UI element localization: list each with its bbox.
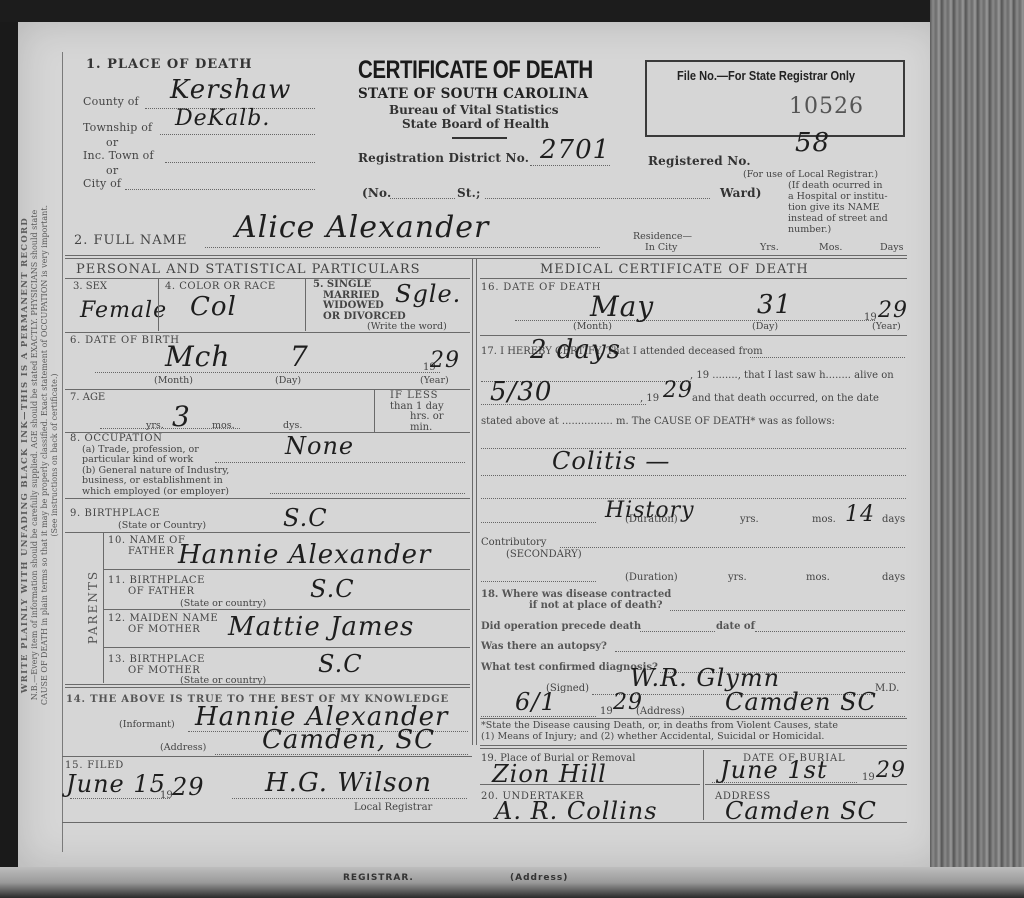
- signed-year-prefix: 19: [600, 706, 613, 717]
- duration-mos: mos.: [812, 514, 836, 525]
- last-seen-value: 5/30: [490, 377, 552, 407]
- inc-town-label: Inc. Town of: [83, 149, 154, 162]
- certificate-title: CERTIFICATE OF DEATH: [358, 56, 593, 85]
- bureau-name: Bureau of Vital Statistics: [389, 103, 559, 117]
- occupation-line: 8. OCCUPATION: [70, 434, 229, 445]
- certify-line-3: and that death occurred, on the date: [692, 393, 879, 404]
- filed-year-prefix: 19: [160, 790, 173, 801]
- age-label: 7. AGE: [70, 392, 105, 403]
- full-name-label: 2. FULL NAME: [74, 233, 187, 248]
- residence-yrs: Yrs.: [760, 242, 779, 253]
- next-page-strip: REGISTRAR. (Address): [0, 867, 1024, 898]
- death-month-value: May: [590, 290, 654, 323]
- dob-month: Mch: [165, 340, 230, 373]
- occupation-label: 8. OCCUPATION (a) Trade, profession, or …: [70, 434, 229, 497]
- occupation-line: particular kind of work: [70, 455, 229, 466]
- township-label: Township of: [83, 121, 152, 134]
- residence-label: Residence—: [633, 231, 692, 242]
- margin-line-3: CAUSE OF DEATH in plain terms so that it…: [40, 65, 50, 845]
- father-name-value: Hannie Alexander: [178, 540, 431, 570]
- hospital-note-line: tion give its NAME: [788, 202, 888, 213]
- strip-address-label: (Address): [510, 873, 568, 883]
- mother-label-line: OF MOTHER: [108, 624, 218, 635]
- margin-line-2: N.B.—Every item of information should be…: [30, 65, 40, 845]
- dob-day-hint: (Day): [275, 375, 301, 386]
- dob-year-hint: (Year): [420, 375, 449, 386]
- margin-line-4: (See instructions on back of certificate…: [50, 65, 60, 845]
- local-registrar-label: Local Registrar: [354, 802, 432, 813]
- father-birthplace-label: 11. BIRTHPLACE OF FATHER: [108, 575, 205, 597]
- personal-heading: PERSONAL AND STATISTICAL PARTICULARS: [76, 262, 421, 277]
- burial-year-prefix: 19: [862, 772, 875, 783]
- residence-days: Days: [880, 242, 904, 253]
- father-bp-line: OF FATHER: [108, 586, 205, 597]
- board-name: State Board of Health: [402, 117, 549, 131]
- contributory-label: Contributory: [481, 537, 546, 548]
- marital-hint: (Write the word): [367, 321, 447, 332]
- color-label: 4. COLOR OR RACE: [165, 281, 276, 292]
- or-label-1: or: [106, 136, 118, 149]
- ward-label: Ward): [720, 186, 762, 200]
- hospital-note-line: instead of street and: [788, 213, 888, 224]
- scan-top-shadow: [0, 0, 1024, 22]
- footnote-line: *State the Disease causing Death, or, in…: [481, 720, 838, 731]
- death-month-hint: (Month): [573, 321, 612, 332]
- mother-label-line: 12. MAIDEN NAME: [108, 613, 218, 624]
- footnote-line: (1) Means of Injury; and (2) whether Acc…: [481, 731, 838, 742]
- father-birthplace-hint: (State or country): [180, 598, 266, 609]
- frame-left-line: [62, 52, 63, 852]
- q18-line-2: if not at place of death?: [529, 600, 662, 611]
- mother-birthplace-label: 13. BIRTHPLACE OF MOTHER: [108, 654, 205, 676]
- district-label: Registration District No.: [358, 151, 529, 165]
- occupation-line: which employed (or employer): [70, 487, 229, 498]
- registered-value: 58: [795, 128, 830, 158]
- residence-mos: Mos.: [819, 242, 842, 253]
- undertaker-address-value: Camden SC: [725, 797, 877, 825]
- certify-text: 17. I HEREBY CERTIFY, That I attended de…: [481, 346, 763, 357]
- medical-heading: MEDICAL CERTIFICATE OF DEATH: [540, 262, 809, 277]
- informant-label: (Informant): [119, 719, 175, 730]
- margin-line-1: WRITE PLAINLY WITH UNFADING BLACK INK—TH…: [20, 65, 30, 845]
- birthplace-label: 9. BIRTHPLACE: [70, 508, 160, 519]
- street-label: St.;: [457, 186, 481, 200]
- birthplace-value: S.C: [283, 504, 328, 532]
- hospital-note-line: (If death ocurred in: [788, 180, 888, 191]
- death-day-value: 31: [757, 290, 792, 320]
- book-page-edges: [930, 0, 1024, 898]
- marital-line: 5. SINGLE: [313, 280, 406, 291]
- sex-value: Female: [80, 298, 167, 323]
- file-number: 10526: [789, 94, 864, 119]
- dob-label: 6. DATE OF BIRTH: [70, 335, 180, 346]
- margin-instructions: WRITE PLAINLY WITH UNFADING BLACK INK—TH…: [18, 60, 62, 850]
- age-dys-hint: dys.: [283, 420, 302, 431]
- file-number-box: File No.—For State Registrar Only 10526: [645, 60, 905, 137]
- operation-date-label: date of: [716, 621, 755, 632]
- occupation-value: None: [285, 432, 354, 460]
- age-yrs-hint: yrs.: [146, 420, 164, 431]
- md-label: M.D.: [875, 683, 899, 694]
- footnote: *State the Disease causing Death, or, in…: [481, 720, 838, 742]
- district-value: 2701: [540, 135, 610, 165]
- filed-date-value: June 15: [66, 770, 166, 798]
- burial-date-value: June 1st: [720, 756, 828, 784]
- last-seen-year: 29: [663, 378, 693, 403]
- certify-line-2: , 19 ........, that I last saw h........…: [690, 370, 894, 381]
- mother-bp-line: 13. BIRTHPLACE: [108, 654, 205, 665]
- informant-address-value: Camden, SC: [262, 725, 435, 755]
- duration-value: History: [605, 498, 695, 523]
- autopsy-label: Was there an autopsy?: [481, 641, 607, 652]
- street-no-label: (No.: [362, 186, 391, 200]
- secondary-duration-hint: (Duration): [625, 572, 678, 583]
- occupation-line: business, or establishment in: [70, 476, 229, 487]
- date-of-death-label: 16. DATE OF DEATH: [481, 282, 601, 293]
- residence-in-city: In City: [645, 242, 677, 253]
- father-birthplace-value: S.C: [310, 575, 355, 603]
- duration-days-value: 14: [845, 502, 875, 527]
- color-value: Col: [190, 292, 237, 322]
- death-year-hint: (Year): [872, 321, 901, 332]
- dob-month-hint: (Month): [154, 375, 193, 386]
- registrar-signature: H.G. Wilson: [265, 768, 432, 798]
- certify-line-3-prefix: , 19: [640, 393, 659, 404]
- certify-line-4: stated above at ................ m. The …: [481, 416, 835, 427]
- age-months-value: 3: [172, 400, 191, 433]
- city-label: City of: [83, 177, 121, 190]
- if-less-line: hrs. or: [390, 412, 444, 423]
- father-label-line: 10. NAME OF: [108, 535, 186, 546]
- if-less-label: IF LESS than 1 day hrs. or min.: [390, 391, 444, 433]
- secondary-days: days: [882, 572, 905, 583]
- mother-name-value: Mattie James: [228, 612, 414, 642]
- signed-date-value: 6/1: [515, 688, 557, 716]
- duration-yrs: yrs.: [740, 514, 759, 525]
- strip-registrar-label: REGISTRAR.: [343, 873, 414, 883]
- secondary-mos: mos.: [806, 572, 830, 583]
- sex-label: 3. SEX: [73, 281, 107, 292]
- father-label-line: FATHER: [108, 546, 186, 557]
- or-label-2: or: [106, 164, 118, 177]
- dob-year: 29: [430, 348, 460, 373]
- age-mos-hint: mos.: [212, 420, 235, 431]
- physician-address-label: (Address): [636, 706, 685, 717]
- dob-day: 7: [290, 340, 309, 373]
- file-box-label: File No.—For State Registrar Only: [677, 68, 855, 83]
- q18-line-1: 18. Where was disease contracted: [481, 589, 671, 600]
- death-year-value: 29: [878, 298, 908, 323]
- attended-value: 2 days: [530, 335, 621, 365]
- father-bp-line: 11. BIRTHPLACE: [108, 575, 205, 586]
- county-value: Kershaw: [170, 75, 291, 105]
- cause-of-death-value: Colitis —: [552, 447, 670, 475]
- mother-label: 12. MAIDEN NAME OF MOTHER: [108, 613, 218, 635]
- hospital-note: (If death ocurred in a Hospital or insti…: [788, 180, 888, 235]
- burial-year-value: 29: [876, 758, 906, 783]
- undertaker-value: A. R. Collins: [495, 797, 658, 825]
- local-registrar-note: (For use of Local Registrar.): [743, 169, 878, 180]
- informant-address-label: (Address): [160, 742, 206, 753]
- hospital-note-line: a Hospital or institu-: [788, 191, 888, 202]
- full-name-value: Alice Alexander: [235, 210, 489, 245]
- parents-label: PARENTS: [86, 570, 100, 644]
- secondary-label: (SECONDARY): [506, 549, 582, 560]
- county-label: County of: [83, 95, 139, 108]
- birthplace-hint: (State or Country): [118, 520, 206, 531]
- hospital-note-line: number.): [788, 224, 888, 235]
- operation-label: Did operation precede death: [481, 621, 641, 632]
- physician-address-value: Camden SC: [725, 688, 877, 716]
- filed-year-value: 29: [172, 773, 205, 801]
- secondary-yrs: yrs.: [728, 572, 747, 583]
- if-less-line: IF LESS: [390, 391, 444, 402]
- place-of-death-heading: 1. PLACE OF DEATH: [86, 57, 252, 72]
- marital-line: WIDOWED: [313, 301, 406, 312]
- duration-days: days: [882, 514, 905, 525]
- mother-birthplace-value: S.C: [318, 650, 363, 678]
- state-name: STATE OF SOUTH CAROLINA: [358, 86, 588, 102]
- father-label: 10. NAME OF FATHER: [108, 535, 186, 557]
- marital-label: 5. SINGLE MARRIED WIDOWED OR DIVORCED: [313, 280, 406, 322]
- marital-value: Sgle.: [395, 280, 461, 308]
- registered-label: Registered No.: [648, 154, 751, 168]
- death-day-hint: (Day): [752, 321, 778, 332]
- township-value: DeKalb.: [175, 106, 270, 131]
